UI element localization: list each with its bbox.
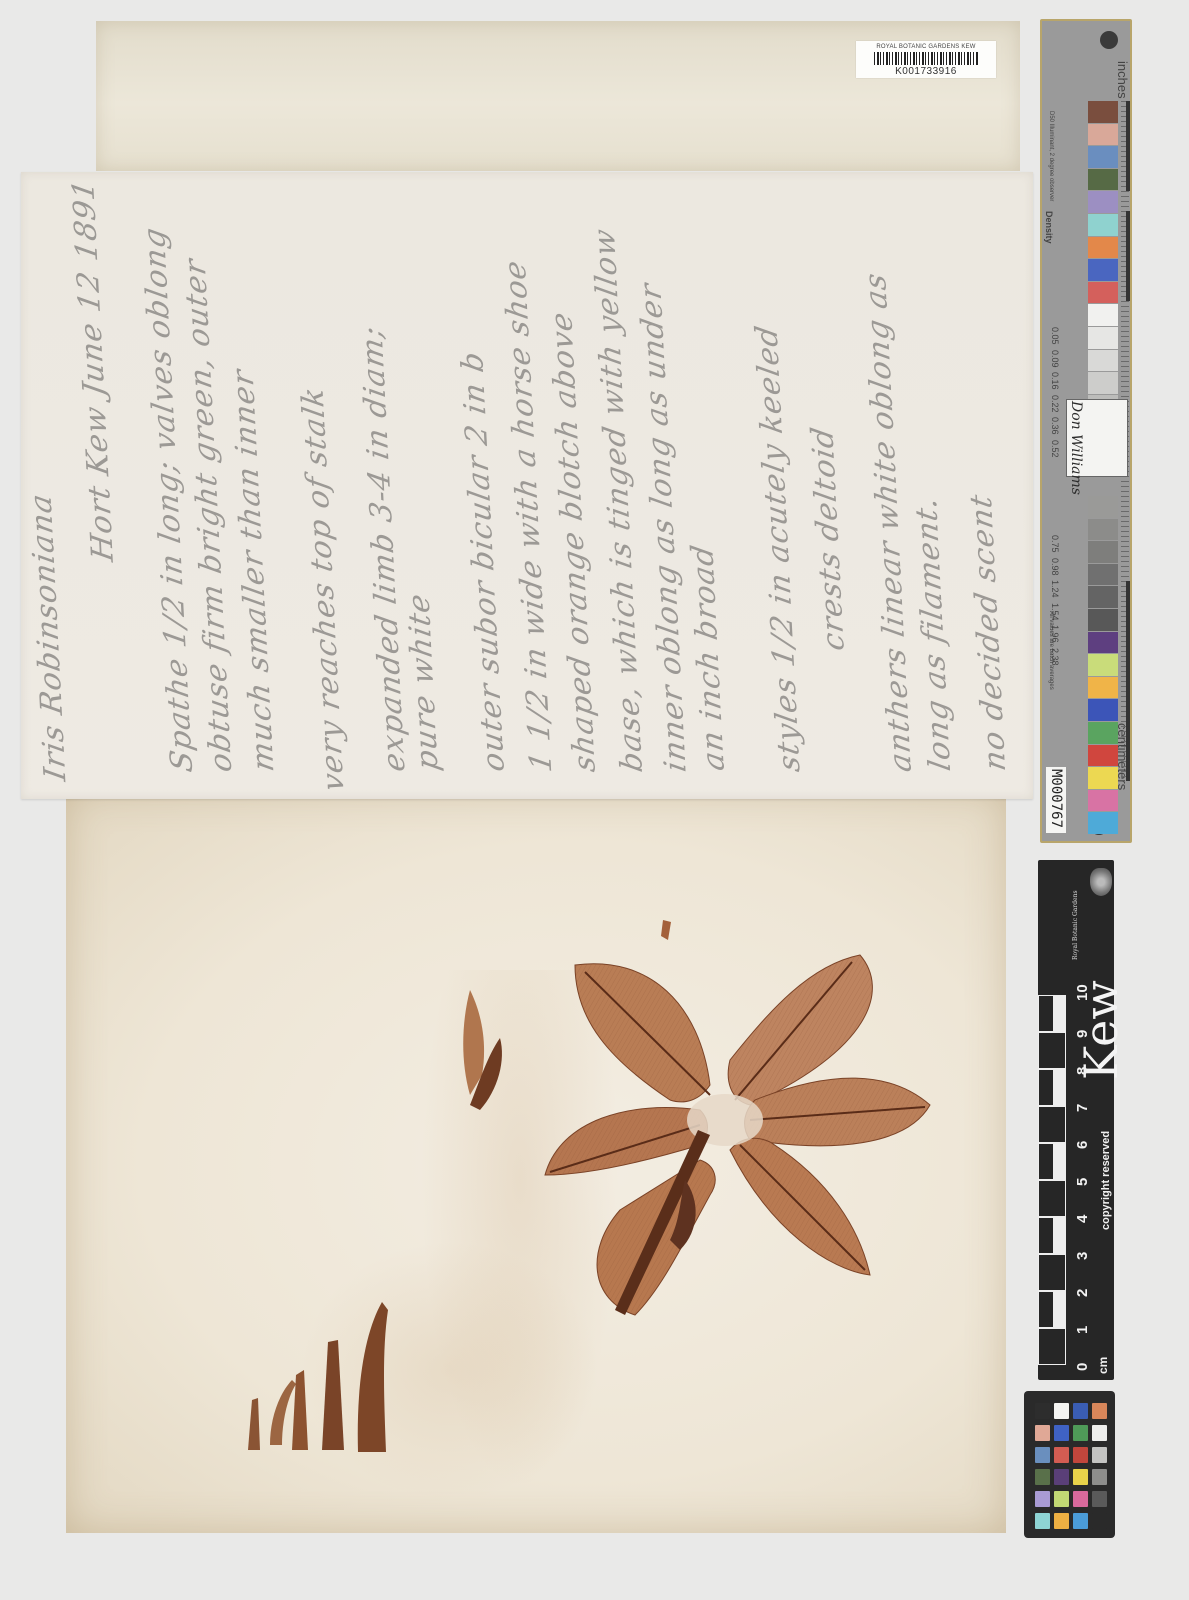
hw-line: an inch broad bbox=[685, 542, 732, 773]
color-swatch bbox=[1088, 722, 1118, 744]
density-value: 0.52 bbox=[1050, 440, 1060, 458]
color-swatch bbox=[1088, 101, 1118, 123]
color-swatch bbox=[1088, 237, 1118, 259]
color-swatch bbox=[1088, 282, 1118, 304]
color-chip bbox=[1092, 1469, 1107, 1485]
illuminant-label: D50 Illuminant, 2 degree observer bbox=[1048, 111, 1054, 201]
scale-segment bbox=[1038, 1180, 1066, 1217]
scale-number: 2 bbox=[1074, 1289, 1091, 1297]
color-chip bbox=[1092, 1403, 1107, 1419]
color-swatch bbox=[1088, 191, 1118, 213]
hw-line: Hort Kew June 12 1891 bbox=[66, 177, 121, 564]
flower-bud bbox=[463, 990, 502, 1110]
color-swatch bbox=[1088, 519, 1118, 541]
color-swatch bbox=[1088, 146, 1118, 168]
color-swatch bbox=[1088, 327, 1118, 349]
scale-number: 5 bbox=[1074, 1178, 1091, 1186]
scale-number: 7 bbox=[1074, 1104, 1091, 1112]
scale-bar bbox=[1126, 211, 1130, 301]
color-chip bbox=[1054, 1469, 1069, 1485]
color-chip bbox=[1092, 1447, 1107, 1463]
color-chip bbox=[1092, 1425, 1107, 1441]
hw-line: very reaches top of stalk bbox=[296, 384, 352, 793]
brand-logo: Don Williams bbox=[1068, 401, 1084, 495]
color-chip bbox=[1073, 1403, 1088, 1419]
density-value: 0.05 bbox=[1050, 327, 1060, 345]
color-chip bbox=[1035, 1491, 1050, 1507]
barcode-icon bbox=[874, 52, 978, 65]
scale-bar bbox=[1126, 581, 1130, 781]
hw-line: outer subor bicular 2 in b bbox=[455, 349, 512, 774]
scale-number: 3 bbox=[1074, 1252, 1091, 1260]
color-swatch bbox=[1088, 541, 1118, 563]
handwritten-label-sheet: Iris Robinsoniana Hort Kew June 12 1891 … bbox=[21, 172, 1033, 799]
barcode-number: K001733916 bbox=[856, 66, 996, 77]
pressed-iris-specimen bbox=[230, 910, 950, 1470]
color-swatch bbox=[1088, 699, 1118, 721]
leaf-fragments bbox=[248, 1302, 388, 1452]
scale-number: 1 bbox=[1074, 1326, 1091, 1334]
color-chip bbox=[1035, 1403, 1050, 1419]
color-swatch bbox=[1088, 767, 1118, 789]
color-chip bbox=[1035, 1513, 1050, 1529]
hw-line: expanded limb 3-4 in diam; bbox=[354, 323, 412, 774]
fragment bbox=[661, 920, 671, 940]
density-value: 0.22 bbox=[1050, 395, 1060, 413]
hw-line: Iris Robinsoniana bbox=[24, 491, 74, 783]
barcode-label: ROYAL BOTANIC GARDENS KEW K001733916 bbox=[856, 41, 996, 78]
color-chip bbox=[1073, 1513, 1088, 1529]
scale-number: 0 bbox=[1074, 1363, 1091, 1371]
scale-number: 4 bbox=[1074, 1215, 1091, 1223]
registration-dot-icon bbox=[1100, 31, 1118, 49]
scale-number: 8 bbox=[1074, 1067, 1091, 1075]
density-value: 1.54 bbox=[1050, 603, 1060, 621]
color-swatch bbox=[1088, 496, 1118, 518]
scale-segment bbox=[1038, 995, 1066, 1032]
barcode-institution: ROYAL BOTANIC GARDENS KEW bbox=[856, 44, 996, 50]
scale-segment bbox=[1038, 1254, 1066, 1291]
color-chip bbox=[1054, 1491, 1069, 1507]
density-value: 0.09 bbox=[1050, 350, 1060, 368]
color-swatch bbox=[1088, 812, 1118, 834]
scale-number: 6 bbox=[1074, 1141, 1091, 1149]
color-checker-card bbox=[1024, 1391, 1115, 1538]
cm-unit: cm bbox=[1096, 1357, 1110, 1374]
strip-code-label: M000767 bbox=[1046, 767, 1066, 833]
scale-bar bbox=[1126, 101, 1130, 191]
kew-scale-ruler: Royal Botanic Gardens Kew copyright rese… bbox=[1038, 860, 1114, 1380]
color-swatch bbox=[1088, 169, 1118, 191]
color-calibration-strip: inches centimeters D50 Illuminant, 2 deg… bbox=[1040, 19, 1132, 843]
color-swatch bbox=[1088, 790, 1118, 812]
color-chip bbox=[1073, 1491, 1088, 1507]
handwritten-notes: Iris Robinsoniana Hort Kew June 12 1891 … bbox=[21, 172, 1033, 799]
density-value: 0.16 bbox=[1050, 372, 1060, 390]
scale-segment bbox=[1038, 1143, 1066, 1180]
color-chip bbox=[1054, 1425, 1069, 1441]
color-swatch bbox=[1088, 609, 1118, 631]
color-chip bbox=[1073, 1425, 1088, 1441]
density-value: 0.98 bbox=[1050, 558, 1060, 576]
scale-segment bbox=[1038, 1032, 1066, 1069]
color-swatch bbox=[1088, 372, 1118, 394]
color-chip bbox=[1092, 1491, 1107, 1507]
density-label: Density bbox=[1044, 211, 1054, 244]
scale-number: 9 bbox=[1074, 1030, 1091, 1038]
color-swatch bbox=[1088, 259, 1118, 281]
color-swatch bbox=[1088, 304, 1118, 326]
color-chip bbox=[1035, 1425, 1050, 1441]
hw-line: no decided scent bbox=[964, 492, 1013, 774]
color-chip bbox=[1035, 1447, 1050, 1463]
kew-subtitle: Royal Botanic Gardens bbox=[1072, 890, 1079, 960]
color-swatch bbox=[1088, 564, 1118, 586]
density-value: 2.38 bbox=[1050, 648, 1060, 666]
color-chip bbox=[1092, 1513, 1107, 1529]
scale-segment bbox=[1038, 1328, 1066, 1365]
color-swatch bbox=[1088, 124, 1118, 146]
kew-crest-icon bbox=[1090, 868, 1112, 896]
color-swatch bbox=[1088, 214, 1118, 236]
scale-segment bbox=[1038, 1217, 1066, 1254]
color-chip bbox=[1035, 1469, 1050, 1485]
color-chip bbox=[1054, 1403, 1069, 1419]
density-value: 0.75 bbox=[1050, 535, 1060, 553]
density-value: 0.36 bbox=[1050, 417, 1060, 435]
color-chip bbox=[1054, 1513, 1069, 1529]
scale-segment bbox=[1038, 1106, 1066, 1143]
color-swatch bbox=[1088, 654, 1118, 676]
color-swatch bbox=[1088, 586, 1118, 608]
hw-line: styles 1/2 in acutely keeled bbox=[749, 323, 807, 774]
color-chip bbox=[1073, 1447, 1088, 1463]
hw-line: crests deltoid bbox=[805, 424, 852, 653]
scale-number: 10 bbox=[1074, 984, 1091, 1001]
color-chip bbox=[1054, 1447, 1069, 1463]
color-swatch bbox=[1088, 677, 1118, 699]
inches-label: inches bbox=[1115, 61, 1130, 99]
color-chip bbox=[1073, 1469, 1088, 1485]
copyright-text: copyright reserved bbox=[1100, 1131, 1112, 1230]
density-value: 1.96 bbox=[1050, 625, 1060, 643]
color-swatch bbox=[1088, 632, 1118, 654]
color-swatch bbox=[1088, 745, 1118, 767]
scale-segment bbox=[1038, 1291, 1066, 1328]
scale-segment bbox=[1038, 1069, 1066, 1106]
color-swatch bbox=[1088, 350, 1118, 372]
density-value: 1.24 bbox=[1050, 580, 1060, 598]
